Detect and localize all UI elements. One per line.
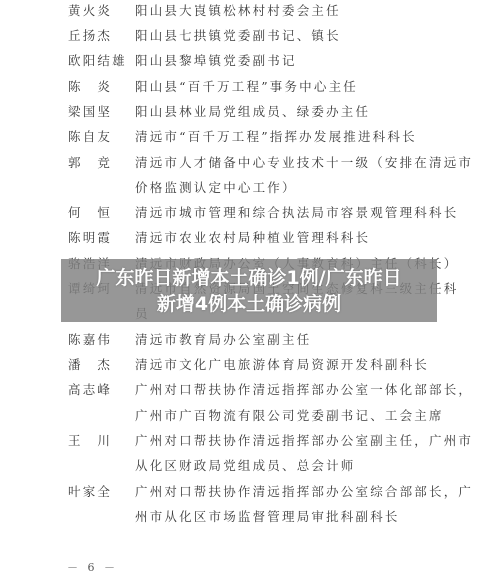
list-item: 高志峰广州对口帮扶协作清远指挥部办公室一体化部部长， (0, 380, 500, 400)
person-name: 欧阳结雄 (68, 51, 127, 71)
person-name: 黄火炎 (68, 1, 112, 21)
list-item: 丘扬杰阳山县七拱镇党委副书记、镇长 (0, 26, 500, 46)
position-title: 州市从化区市场监督管理局审批科副科长 (135, 507, 400, 527)
list-item: 州市从化区市场监督管理局审批科副科长 (0, 507, 500, 527)
person-name: 郭 竞 (68, 153, 112, 173)
list-item: 陈 炎阳山县“百千万工程”事务中心主任 (0, 77, 500, 97)
position-title: 清远市文化广电旅游体育局资源开发科副科长 (135, 355, 429, 375)
list-item: 何 恒清远市城市管理和综合执法局市容景观管理科科长 (0, 203, 500, 223)
position-title: 清远市“百千万工程”指挥办发展推进科科长 (135, 127, 417, 147)
list-item: 陈自友清远市“百千万工程”指挥办发展推进科科长 (0, 127, 500, 147)
position-title: 价格监测认定中心工作） (135, 178, 297, 198)
list-item: 黄火炎阳山县大崀镇松林村村委会主任 (0, 1, 500, 21)
person-name: 梁国坚 (68, 102, 112, 122)
person-name: 高志峰 (68, 380, 112, 400)
list-item: 梁国坚阳山县林业局党组成员、绿委办主任 (0, 102, 500, 122)
position-title: 阳山县黎埠镇党委副书记 (135, 51, 297, 71)
headline-line-2: 新增4例本土确诊病例 (157, 291, 341, 317)
position-title: 阳山县大崀镇松林村村委会主任 (135, 1, 341, 21)
position-title: 从化区财政局党组成员、总会计师 (135, 456, 356, 476)
page-number: － 6 － (67, 559, 118, 575)
list-item: 潘 杰清远市文化广电旅游体育局资源开发科副科长 (0, 355, 500, 375)
position-title: 阳山县林业局党组成员、绿委办主任 (135, 102, 370, 122)
position-title: 清远市教育局办公室副主任 (135, 330, 311, 350)
person-name: 陈 炎 (68, 77, 112, 97)
position-title: 广州对口帮扶协作清远指挥部办公室副主任，广州市 (135, 431, 473, 451)
position-title: 清远市城市管理和综合执法局市容景观管理科科长 (135, 203, 458, 223)
headline-overlay: 广东昨日新增本土确诊1例/广东昨日 新增4例本土确诊病例 (61, 259, 437, 322)
person-name: 潘 杰 (68, 355, 112, 375)
list-item: 郭 竞清远市人才储备中心专业技术十一级（安排在清远市 (0, 153, 500, 173)
person-name: 王 川 (68, 431, 112, 451)
position-title: 广州对口帮扶协作清远指挥部办公室一体化部部长， (135, 380, 473, 400)
person-name: 叶家全 (68, 482, 112, 502)
person-name: 陈嘉伟 (68, 330, 112, 350)
person-name: 何 恒 (68, 203, 112, 223)
list-item: 广州市广百物流有限公司党委副书记、工会主席 (0, 406, 500, 426)
list-item: 欧阳结雄阳山县黎埠镇党委副书记 (0, 51, 500, 71)
person-name: 陈自友 (68, 127, 112, 147)
position-title: 阳山县“百千万工程”事务中心主任 (135, 77, 358, 97)
list-item: 陈明霞清远市农业农村局种植业管理科科长 (0, 228, 500, 248)
position-title: 清远市农业农村局种植业管理科科长 (135, 228, 370, 248)
list-item: 王 川广州对口帮扶协作清远指挥部办公室副主任，广州市 (0, 431, 500, 451)
position-title: 广州市广百物流有限公司党委副书记、工会主席 (135, 406, 444, 426)
list-item: 陈嘉伟清远市教育局办公室副主任 (0, 330, 500, 350)
list-item: 从化区财政局党组成员、总会计师 (0, 456, 500, 476)
person-name: 丘扬杰 (68, 26, 112, 46)
position-title: 广州对口帮扶协作清远指挥部办公室综合部部长，广 (135, 482, 473, 502)
list-item: 价格监测认定中心工作） (0, 178, 500, 198)
headline-line-1: 广东昨日新增本土确诊1例/广东昨日 (96, 265, 401, 291)
person-name: 陈明霞 (68, 228, 112, 248)
position-title: 清远市人才储备中心专业技术十一级（安排在清远市 (135, 153, 473, 173)
position-title: 阳山县七拱镇党委副书记、镇长 (135, 26, 341, 46)
list-item: 叶家全广州对口帮扶协作清远指挥部办公室综合部部长，广 (0, 482, 500, 502)
